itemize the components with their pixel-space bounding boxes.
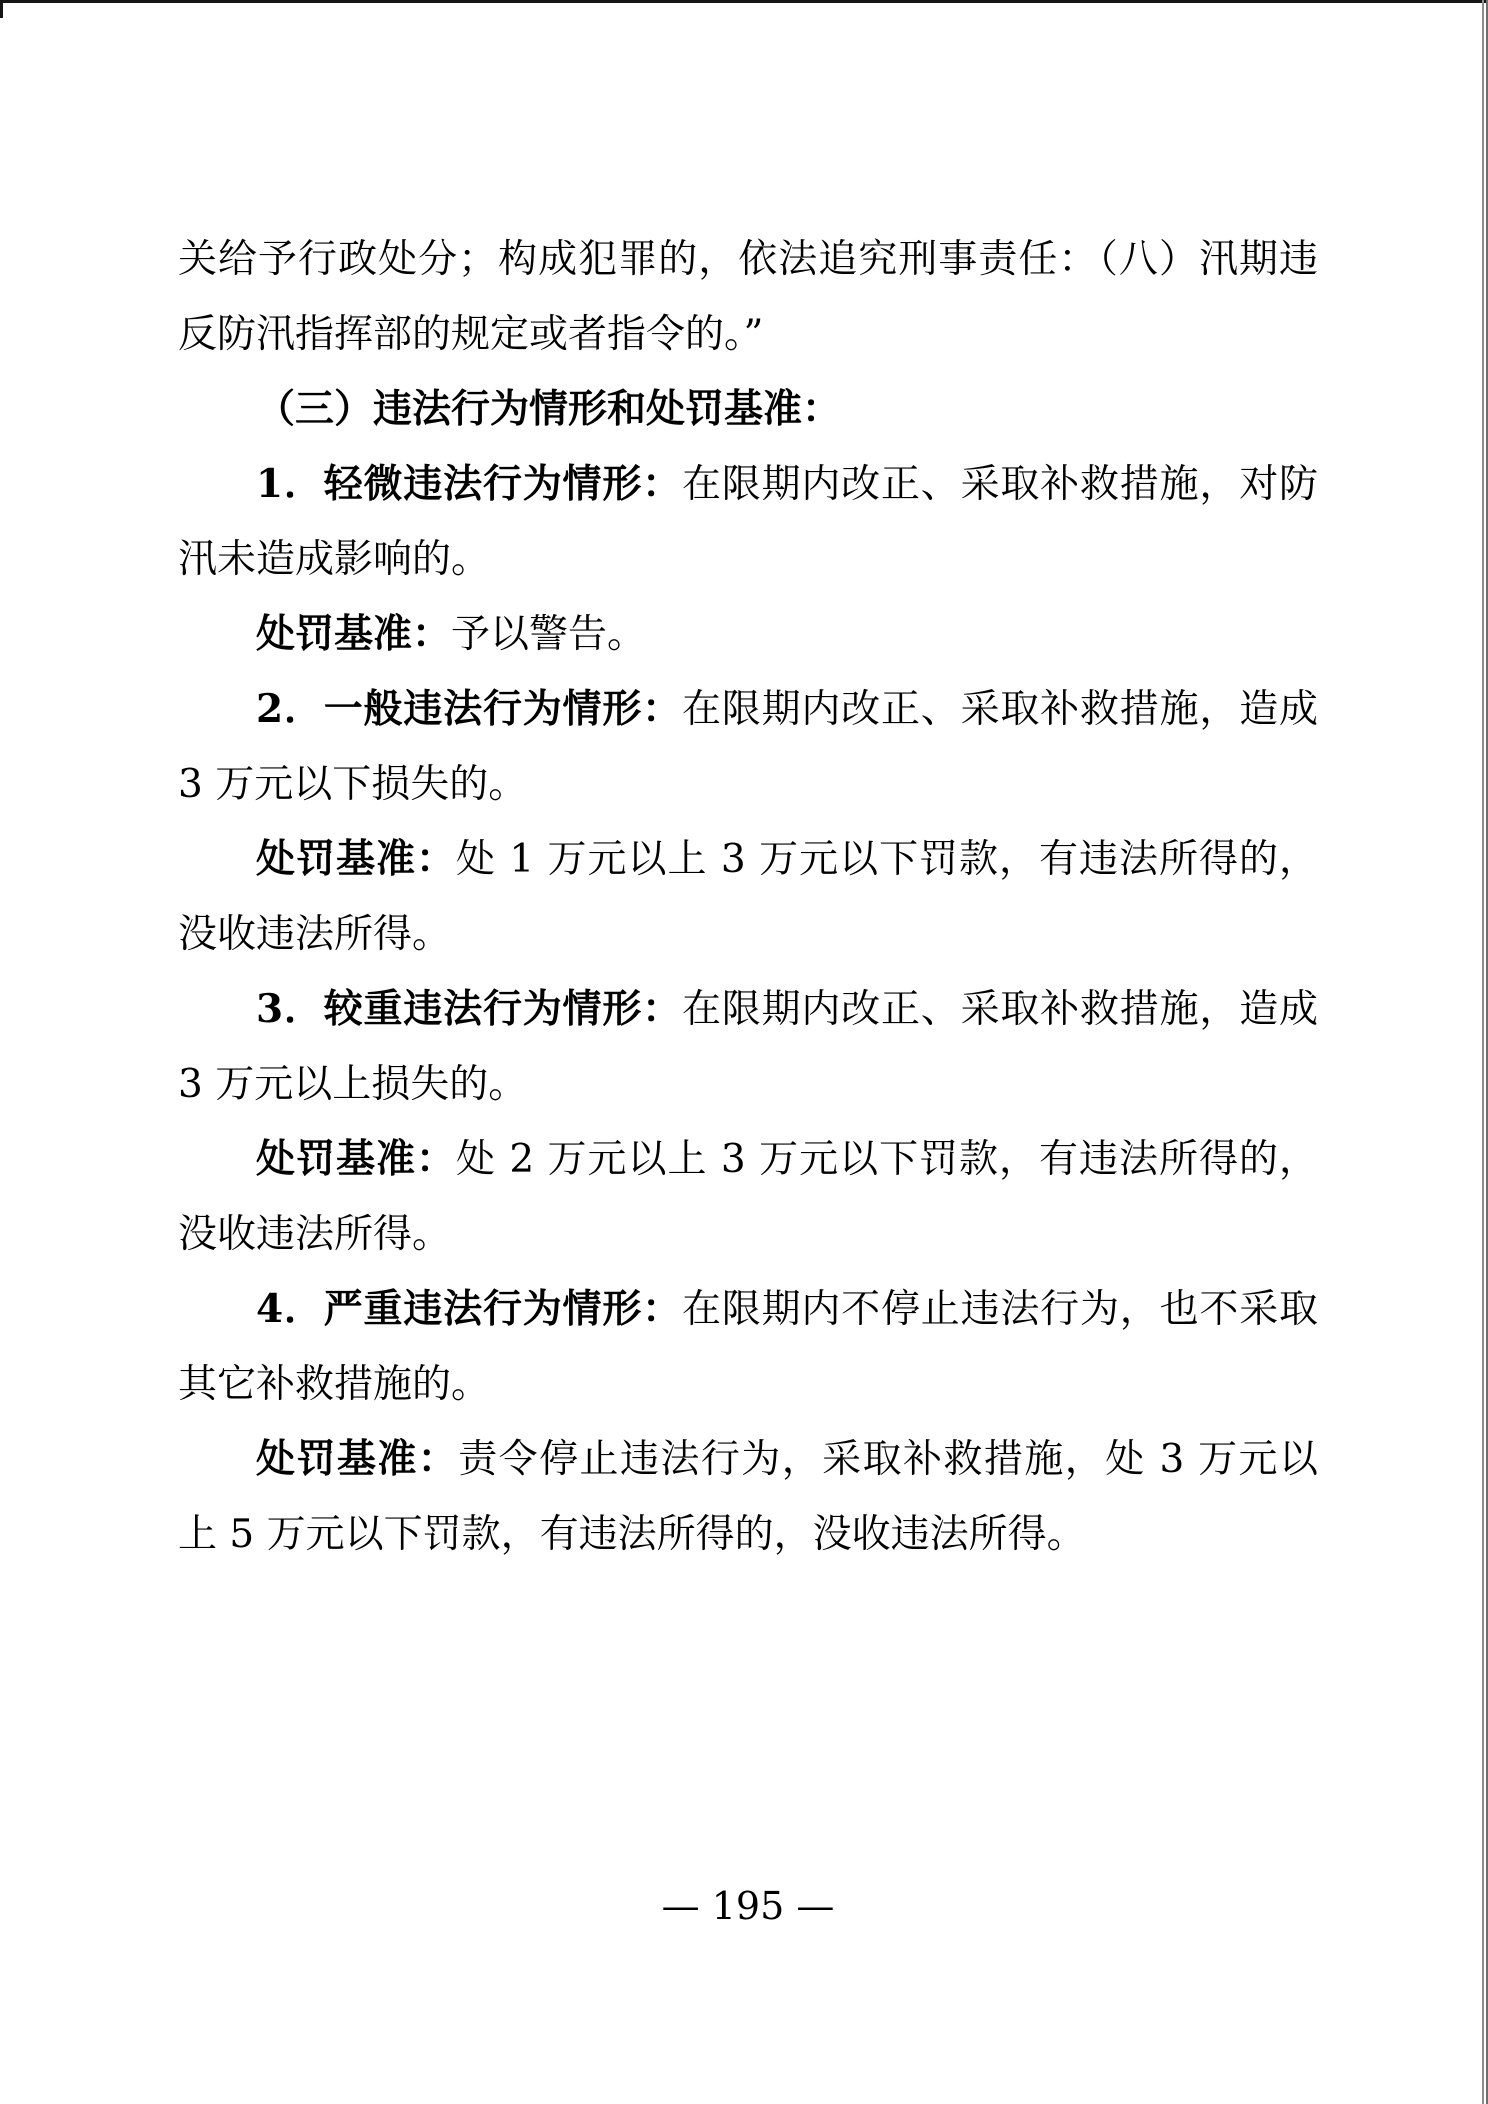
paragraph-item-1: 1．轻微违法行为情形：在限期内改正、采取补救措施，对防汛未造成影响的。 <box>178 447 1318 597</box>
scan-edge-left <box>0 0 3 18</box>
section-heading-text: （三）违法行为情形和处罚基准： <box>256 386 841 432</box>
paragraph-continuation: 关给予行政处分；构成犯罪的，依法追究刑事责任：（八）汛期违反防汛指挥部的规定或者… <box>178 222 1318 372</box>
paragraph-lead: 3．较重违法行为情形： <box>256 986 682 1032</box>
scan-edge-top <box>0 0 1488 3</box>
paragraph-lead: 处罚基准： <box>256 611 451 657</box>
document-page: 关给予行政处分；构成犯罪的，依法追究刑事责任：（八）汛期违反防汛指挥部的规定或者… <box>0 0 1488 2104</box>
paragraph-penalty-1: 处罚基准：予以警告。 <box>178 597 1318 672</box>
paragraph-penalty-3: 处罚基准：处 2 万元以上 3 万元以下罚款，有违法所得的，没收违法所得。 <box>178 1122 1318 1272</box>
paragraph-lead: 处罚基准： <box>256 1136 456 1182</box>
paragraph-lead: 处罚基准： <box>256 1436 458 1482</box>
paragraph-penalty-2: 处罚基准：处 1 万元以上 3 万元以下罚款，有违法所得的，没收违法所得。 <box>178 822 1318 972</box>
paragraph-lead: 1．轻微违法行为情形： <box>256 461 682 507</box>
paragraph-item-3: 3．较重违法行为情形：在限期内改正、采取补救措施，造成 3 万元以上损失的。 <box>178 972 1318 1122</box>
page-body: 关给予行政处分；构成犯罪的，依法追究刑事责任：（八）汛期违反防汛指挥部的规定或者… <box>178 222 1318 1572</box>
paragraph-item-4: 4．严重违法行为情形：在限期内不停止违法行为，也不采取其它补救措施的。 <box>178 1272 1318 1422</box>
scan-edge-right-line <box>1482 0 1484 2104</box>
paragraph-item-2: 2．一般违法行为情形：在限期内改正、采取补救措施，造成 3 万元以下损失的。 <box>178 672 1318 822</box>
paragraph-text: 关给予行政处分；构成犯罪的，依法追究刑事责任：（八）汛期违反防汛指挥部的规定或者… <box>178 237 1318 357</box>
page-number: — 195 — <box>178 1882 1318 1930</box>
paragraph-lead: 2．一般违法行为情形： <box>256 686 682 732</box>
section-heading: （三）违法行为情形和处罚基准： <box>178 372 1318 447</box>
paragraph-text: 予以警告。 <box>451 612 646 657</box>
paragraph-lead: 处罚基准： <box>256 836 456 882</box>
paragraph-penalty-4: 处罚基准：责令停止违法行为，采取补救措施，处 3 万元以上 5 万元以下罚款，有… <box>178 1422 1318 1572</box>
paragraph-lead: 4．严重违法行为情形： <box>256 1286 682 1332</box>
